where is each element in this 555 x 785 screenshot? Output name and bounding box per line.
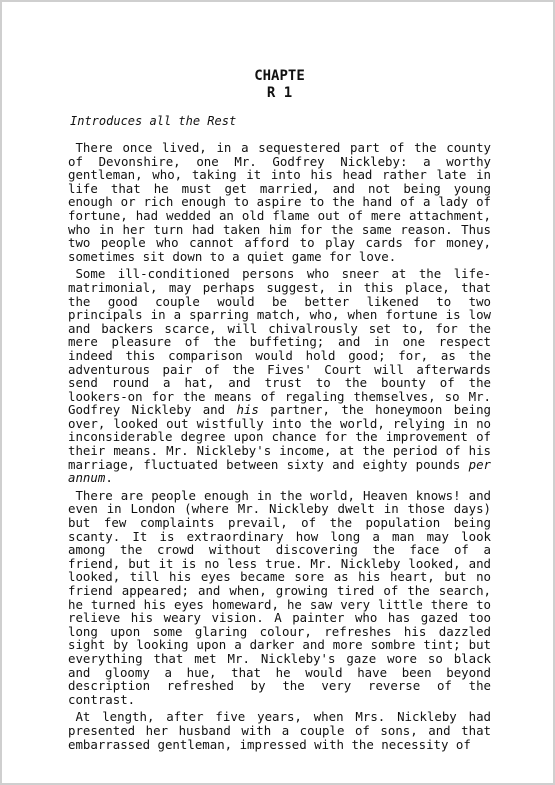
paragraph-1: There once lived, in a sequestered part … bbox=[68, 141, 491, 263]
chapter-title: CHAPTE R 1 bbox=[68, 68, 491, 102]
chapter-subtitle: Introduces all the Rest bbox=[70, 114, 491, 128]
chapter-content: CHAPTE R 1 Introduces all the Rest There… bbox=[68, 68, 491, 755]
chapter-title-line-1: CHAPTE bbox=[68, 68, 491, 85]
paragraph-2-part-1: Some ill-conditioned persons who sneer a… bbox=[68, 266, 491, 417]
document-page: CHAPTE R 1 Introduces all the Rest There… bbox=[0, 0, 555, 785]
paragraph-2-part-3: . bbox=[105, 470, 112, 485]
chapter-title-line-2: R 1 bbox=[68, 85, 491, 102]
paragraph-4: At length, after five years, when Mrs. N… bbox=[68, 710, 491, 751]
chapter-body: There once lived, in a sequestered part … bbox=[68, 141, 491, 751]
paragraph-3: There are people enough in the world, He… bbox=[68, 489, 491, 707]
paragraph-2: Some ill-conditioned persons who sneer a… bbox=[68, 267, 491, 485]
